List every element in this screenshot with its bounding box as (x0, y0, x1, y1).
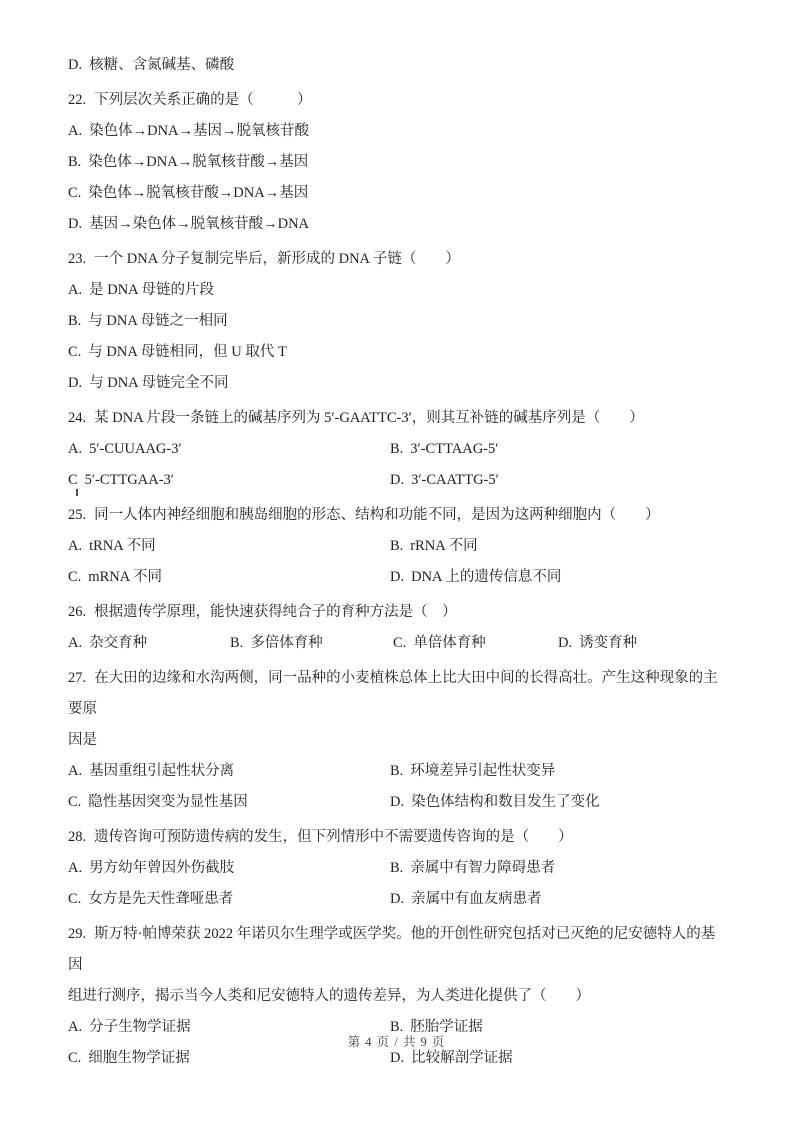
question-24-options-row2: C5′-CTTGAA-3′ D.3′-CAATTG-5′ (68, 465, 726, 496)
option-label: C. (68, 1050, 81, 1066)
question-27-stem: 27.在大田的边缘和水沟两侧，同一品种的小麦植株总体上比大田中间的长得高壮。产生… (68, 663, 726, 756)
question-stem-text: 下列层次关系正确的是（ ） (94, 92, 312, 108)
option-label: D. (558, 635, 572, 651)
option-25-d: D.DNA 上的遗传信息不同 (390, 562, 726, 593)
option-text: 5′-CUUAAG-3′ (89, 441, 182, 457)
question-number: 22. (68, 92, 86, 108)
question-23-stem: 23.一个 DNA 分子复制完毕后，新形成的 DNA 子链（ ） (68, 244, 726, 275)
question-27-options-row2: C.隐性基因突变为显性基因 D.染色体结构和数目发生了变化 (68, 787, 726, 818)
option-label: C. (68, 891, 81, 907)
option-25-b: B.rRNA 不同 (390, 531, 726, 562)
option-text: 与 DNA 母链之一相同 (88, 313, 227, 329)
option-label: A. (68, 763, 82, 779)
option-label: D. (68, 57, 82, 73)
option-label: A. (68, 123, 82, 139)
option-25-a: A.tRNA 不同 (68, 531, 390, 562)
option-text: 与 DNA 母链相同，但 U 取代 T (88, 344, 287, 360)
question-number: 23. (68, 251, 86, 267)
option-24-a: A.5′-CUUAAG-3′ (68, 434, 390, 465)
question-22-stem: 22.下列层次关系正确的是（ ） (68, 85, 726, 116)
question-26: 26.根据遗传学原理，能快速获得纯合子的育种方法是（ ） A.杂交育种 B.多倍… (68, 597, 726, 659)
option-22-a: A.染色体→DNA→基因→脱氧核苷酸 (68, 116, 726, 147)
question-26-stem: 26.根据遗传学原理，能快速获得纯合子的育种方法是（ ） (68, 597, 726, 628)
option-25-c: C.mRNA 不同 (68, 562, 390, 593)
option-28-c: C.女方是先天性聋哑患者 (68, 884, 390, 915)
option-text: DNA 上的遗传信息不同 (411, 569, 561, 585)
question-27-options-row1: A.基因重组引起性状分离 B.环境差异引起性状变异 (68, 756, 726, 787)
option-text: 核糖、含氮碱基、磷酸 (89, 57, 234, 73)
option-text: 染色体→DNA→脱氧核苷酸→基因 (88, 154, 308, 170)
option-27-d: D.染色体结构和数目发生了变化 (390, 787, 726, 818)
option-23-c: C.与 DNA 母链相同，但 U 取代 T (68, 337, 726, 368)
option-label: C. (68, 344, 81, 360)
question-28: 28.遗传咨询可预防遗传病的发生，但下列情形中不需要遗传咨询的是（ ） A.男方… (68, 822, 726, 915)
option-text: 多倍体育种 (250, 635, 323, 651)
option-24-d: D.3′-CAATTG-5′ (390, 465, 726, 496)
option-label: A. (68, 635, 82, 651)
option-text: 比较解剖学证据 (411, 1050, 513, 1066)
question-22: 22.下列层次关系正确的是（ ） A.染色体→DNA→基因→脱氧核苷酸 B.染色… (68, 85, 726, 240)
option-label: A. (68, 441, 82, 457)
question-28-stem: 28.遗传咨询可预防遗传病的发生，但下列情形中不需要遗传咨询的是（ ） (68, 822, 726, 853)
option-text: 单倍体育种 (413, 635, 486, 651)
question-number: 25. (68, 507, 86, 523)
question-29-stem: 29.斯万特·帕博荣获 2022 年诺贝尔生理学或医学奖。他的开创性研究包括对已… (68, 919, 726, 1012)
option-text: 与 DNA 母链完全不同 (89, 375, 228, 391)
question-stem-text: 根据遗传学原理，能快速获得纯合子的育种方法是（ ） (94, 604, 457, 620)
option-text: 3′-CTTAAG-5′ (410, 441, 498, 457)
option-label: C. (68, 185, 81, 201)
option-label: D. (390, 1050, 404, 1066)
option-label: B. (390, 538, 403, 554)
question-28-options-row2: C.女方是先天性聋哑患者 D.亲属中有血友病患者 (68, 884, 726, 915)
question-stem-text: 同一人体内神经细胞和胰岛细胞的形态、结构和功能不同，是因为这两种细胞内（ ） (94, 507, 660, 523)
option-27-c: C.隐性基因突变为显性基因 (68, 787, 390, 818)
option-28-d: D.亲属中有血友病患者 (390, 884, 726, 915)
option-label: D. (390, 891, 404, 907)
option-label: A. (68, 282, 82, 298)
option-text: 诱变育种 (579, 635, 637, 651)
option-23-a: A.是 DNA 母链的片段 (68, 275, 726, 306)
option-text: 细胞生物学证据 (88, 1050, 190, 1066)
question-26-options-row: A.杂交育种 B.多倍体育种 C.单倍体育种 D.诱变育种 (68, 628, 726, 659)
option-26-a: A.杂交育种 (68, 628, 230, 659)
question-29: 29.斯万特·帕博荣获 2022 年诺贝尔生理学或医学奖。他的开创性研究包括对已… (68, 919, 726, 1074)
question-number: 27. (68, 670, 86, 686)
question-25-options-row1: A.tRNA 不同 B.rRNA 不同 (68, 531, 726, 562)
option-text: 亲属中有血友病患者 (411, 891, 542, 907)
question-stem-text: 一个 DNA 分子复制完毕后，新形成的 DNA 子链（ ） (94, 251, 460, 267)
page-content: D.核糖、含氮碱基、磷酸 22.下列层次关系正确的是（ ） A.染色体→DNA→… (68, 50, 726, 1074)
question-24-stem: 24.某 DNA 片段一条链上的碱基序列为 5′-GAATTC-3′，则其互补链… (68, 403, 726, 434)
question-stem-text: 在大田的边缘和水沟两侧，同一品种的小麦植株总体上比大田中间的长得高壮。产生这种现… (68, 670, 718, 748)
option-text: 3′-CAATTG-5′ (411, 472, 499, 488)
option-label: C. (68, 794, 81, 810)
option-text: tRNA 不同 (89, 538, 155, 554)
question-25-options-row2: C.mRNA 不同 D.DNA 上的遗传信息不同 (68, 562, 726, 593)
exam-page: D.核糖、含氮碱基、磷酸 22.下列层次关系正确的是（ ） A.染色体→DNA→… (0, 0, 793, 1122)
option-label: C. (68, 569, 81, 585)
question-22-options: A.染色体→DNA→基因→脱氧核苷酸 B.染色体→DNA→脱氧核苷酸→基因 C.… (68, 116, 726, 240)
option-28-a: A.男方幼年曾因外伤截肢 (68, 853, 390, 884)
question-27: 27.在大田的边缘和水沟两侧，同一品种的小麦植株总体上比大田中间的长得高壮。产生… (68, 663, 726, 818)
option-26-b: B.多倍体育种 (230, 628, 393, 659)
question-25: 25.同一人体内神经细胞和胰岛细胞的形态、结构和功能不同，是因为这两种细胞内（ … (68, 500, 726, 593)
question-28-options-row1: A.男方幼年曾因外伤截肢 B.亲属中有智力障碍患者 (68, 853, 726, 884)
option-text: 是 DNA 母链的片段 (89, 282, 214, 298)
option-label: B. (68, 154, 81, 170)
option-label: D. (68, 375, 82, 391)
leftover-option-d: D.核糖、含氮碱基、磷酸 (68, 50, 726, 81)
option-26-d: D.诱变育种 (558, 628, 726, 659)
question-stem-text: 遗传咨询可预防遗传病的发生，但下列情形中不需要遗传咨询的是（ ） (94, 829, 573, 845)
option-label: D. (390, 569, 404, 585)
option-label: A. (68, 860, 82, 876)
question-24-options-row1: A.5′-CUUAAG-3′ B.3′-CTTAAG-5′ (68, 434, 726, 465)
option-text: 男方幼年曾因外伤截肢 (89, 860, 234, 876)
option-label: B. (230, 635, 243, 651)
question-number: 26. (68, 604, 86, 620)
option-text: 染色体→脱氧核苷酸→DNA→基因 (88, 185, 308, 201)
option-24-b: B.3′-CTTAAG-5′ (390, 434, 726, 465)
stray-mark-artifact (76, 489, 78, 496)
option-text: 基因重组引起性状分离 (89, 763, 234, 779)
option-23-b: B.与 DNA 母链之一相同 (68, 306, 726, 337)
option-23-d: D.与 DNA 母链完全不同 (68, 368, 726, 399)
option-text: 染色体→DNA→基因→脱氧核苷酸 (89, 123, 309, 139)
option-text: 基因→染色体→脱氧核苷酸→DNA (89, 216, 309, 232)
option-label: C. (393, 635, 406, 651)
option-text: 女方是先天性聋哑患者 (88, 891, 233, 907)
option-label: B. (390, 763, 403, 779)
option-27-b: B.环境差异引起性状变异 (390, 756, 726, 787)
question-23: 23.一个 DNA 分子复制完毕后，新形成的 DNA 子链（ ） A.是 DNA… (68, 244, 726, 399)
option-text: 杂交育种 (89, 635, 147, 651)
option-label: B. (390, 860, 403, 876)
page-number-text: 第 4 页 / 共 9 页 (348, 1035, 446, 1049)
option-28-b: B.亲属中有智力障碍患者 (390, 853, 726, 884)
question-number: 24. (68, 410, 86, 426)
question-24: 24.某 DNA 片段一条链上的碱基序列为 5′-GAATTC-3′，则其互补链… (68, 403, 726, 496)
option-label: A. (68, 538, 82, 554)
question-stem-text: 斯万特·帕博荣获 2022 年诺贝尔生理学或医学奖。他的开创性研究包括对已灭绝的… (68, 926, 715, 1004)
option-label: B. (68, 313, 81, 329)
option-label: D. (390, 472, 404, 488)
option-label: D. (68, 216, 82, 232)
option-24-c: C5′-CTTGAA-3′ (68, 465, 390, 496)
option-22-d: D.基因→染色体→脱氧核苷酸→DNA (68, 209, 726, 240)
option-text: 亲属中有智力障碍患者 (410, 860, 555, 876)
option-27-a: A.基因重组引起性状分离 (68, 756, 390, 787)
option-text: 环境差异引起性状变异 (410, 763, 555, 779)
question-23-options: A.是 DNA 母链的片段 B.与 DNA 母链之一相同 C.与 DNA 母链相… (68, 275, 726, 399)
option-text: mRNA 不同 (88, 569, 162, 585)
option-26-c: C.单倍体育种 (393, 628, 558, 659)
option-text: 染色体结构和数目发生了变化 (411, 794, 600, 810)
question-number: 29. (68, 926, 86, 942)
option-label: D. (390, 794, 404, 810)
question-stem-text: 某 DNA 片段一条链上的碱基序列为 5′-GAATTC-3′，则其互补链的碱基… (94, 410, 644, 426)
option-22-b: B.染色体→DNA→脱氧核苷酸→基因 (68, 147, 726, 178)
option-22-c: C.染色体→脱氧核苷酸→DNA→基因 (68, 178, 726, 209)
question-25-stem: 25.同一人体内神经细胞和胰岛细胞的形态、结构和功能不同，是因为这两种细胞内（ … (68, 500, 726, 531)
option-text: rRNA 不同 (410, 538, 477, 554)
option-text: 5′-CTTGAA-3′ (85, 472, 174, 488)
option-text: 隐性基因突变为显性基因 (88, 794, 248, 810)
question-number: 28. (68, 829, 86, 845)
option-label: B. (390, 441, 403, 457)
page-footer: 第 4 页 / 共 9 页 (0, 1032, 793, 1050)
option-label: C (68, 472, 78, 488)
